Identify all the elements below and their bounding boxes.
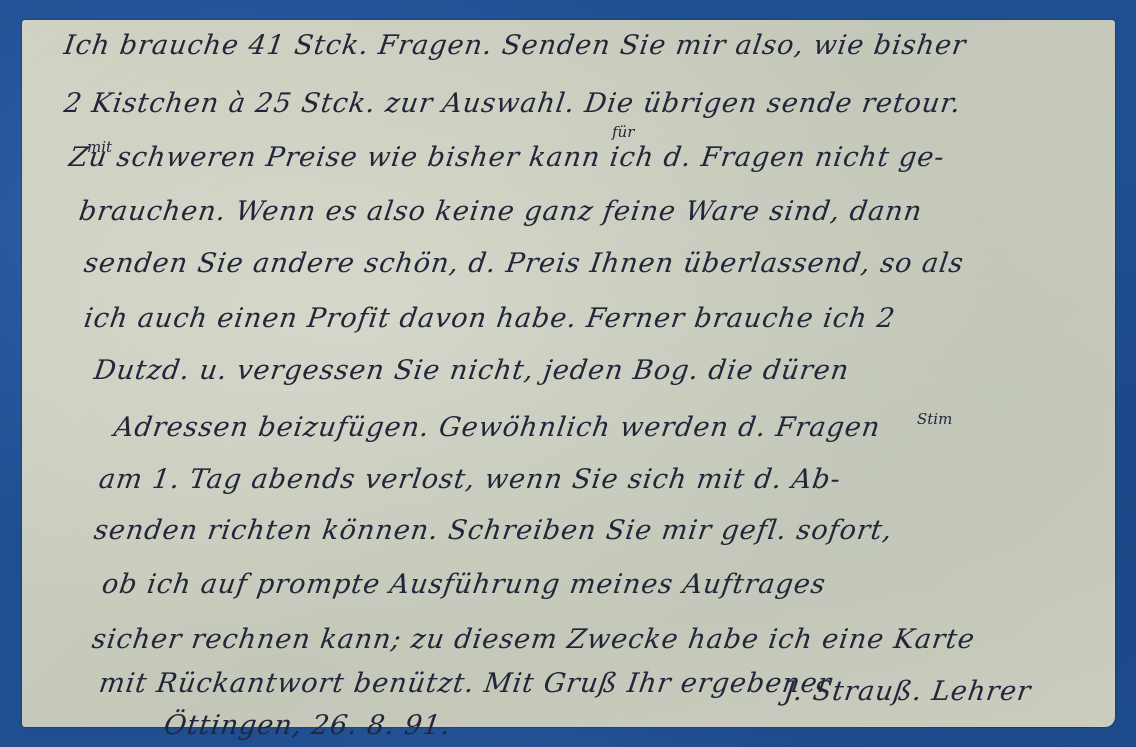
letter-line: Ich brauche 41 Stck. Fragen. Senden Sie … <box>62 30 968 61</box>
place-and-date: Öttingen, 26. 8. 91. <box>162 710 453 741</box>
interlinear-note: Stim <box>917 410 952 428</box>
letter-line: senden Sie andere schön, d. Preis Ihnen … <box>82 248 966 279</box>
letter-line: 2 Kistchen à 25 Stck. zur Auswahl. Die ü… <box>62 88 963 119</box>
letter-line: Zu schweren Preise wie bisher kann ich d… <box>67 142 947 173</box>
letter-line: Adressen beizufügen. Gewöhnlich werden d… <box>112 412 883 443</box>
letter-line: ob ich auf prompte Ausführung meines Auf… <box>100 569 828 600</box>
interlinear-note: für <box>612 123 634 141</box>
letter-line: brauchen. Wenn es also keine ganz feine … <box>77 196 924 227</box>
letter-line: senden richten können. Schreiben Sie mir… <box>92 515 895 546</box>
letter-line: sicher rechnen kann; zu diesem Zwecke ha… <box>90 624 977 655</box>
signature: J. Strauß. Lehrer <box>782 676 1033 707</box>
letter-line: mit Rückantwort benützt. Mit Gruß Ihr er… <box>97 668 834 699</box>
letter-line: ich auch einen Profit davon habe. Ferner… <box>82 303 897 334</box>
letter-line: Dutzd. u. vergessen Sie nicht, jeden Bog… <box>92 355 851 386</box>
letter-line: am 1. Tag abends verlost, wenn Sie sich … <box>97 464 843 495</box>
postcard: mit für Stim Ich brauche 41 Stck. Fragen… <box>22 20 1115 727</box>
